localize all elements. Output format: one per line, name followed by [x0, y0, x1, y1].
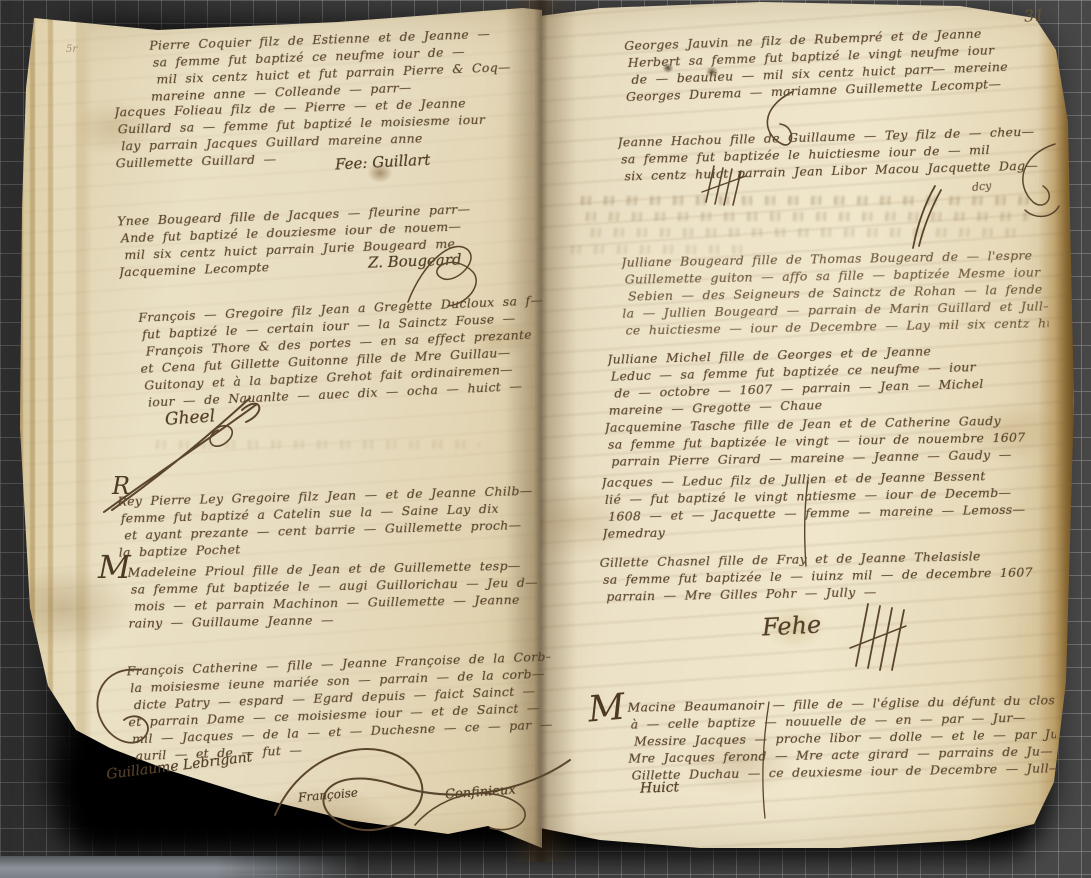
folio-faint-mark: 5r: [66, 44, 77, 55]
bleedthrough-band: [150, 440, 480, 449]
baptism-entry: Pierre Coquier filz de Estienne et de Je…: [149, 23, 543, 105]
initial-letter: R: [112, 472, 130, 500]
baptism-entry: Julliane Michel fille de Georges et de J…: [607, 339, 1049, 418]
mat-edge-strip: [0, 856, 360, 878]
bleedthrough-band: [575, 196, 1035, 205]
baptism-entry: Macine Beaumanoir — fille de — l'église …: [627, 691, 1056, 783]
baptism-entry: Rey Pierre Ley Gregoire filz Jean — et d…: [117, 481, 557, 560]
baptism-entry: Madeleine Prioul fille de Jean et de Gui…: [127, 556, 556, 631]
baptism-entry: François Catherine — fille — Jeanne Fran…: [126, 648, 553, 765]
baptism-entry: Jacquemine Tasche fille de Jean et de Ca…: [605, 411, 1050, 470]
manuscript-photo: 31 5r dcy Pierre Coquier filz de Estienn…: [0, 0, 1091, 878]
closing-word: Huict: [640, 779, 680, 796]
baptism-entry: Julliane Bougeard fille de Thomas Bougea…: [621, 246, 1048, 338]
signature: Fehe: [761, 610, 822, 641]
bleedthrough-band: [580, 212, 1030, 221]
signature: Gheel: [164, 406, 215, 429]
baptism-entry: Jacques Folieau filz de — Pierre — et de…: [114, 93, 536, 172]
baptism-entry: Jacques — Leduc filz de Jullien et de Je…: [601, 466, 1054, 542]
baptism-entry: Georges Jauvin ne filz de Rubempré et de…: [624, 23, 1038, 105]
baptism-entry: Gillette Chasnel fille de Fray et de Jea…: [600, 546, 1059, 605]
margin-note: dcy: [971, 179, 992, 194]
initial-letter: M: [586, 686, 626, 730]
baptism-entry: François — Gregoire filz Jean a Gregette…: [138, 291, 550, 411]
initial-letter: M: [98, 548, 131, 586]
signature: Z. Bougeard: [368, 250, 462, 271]
bleedthrough-band: [585, 228, 1025, 237]
